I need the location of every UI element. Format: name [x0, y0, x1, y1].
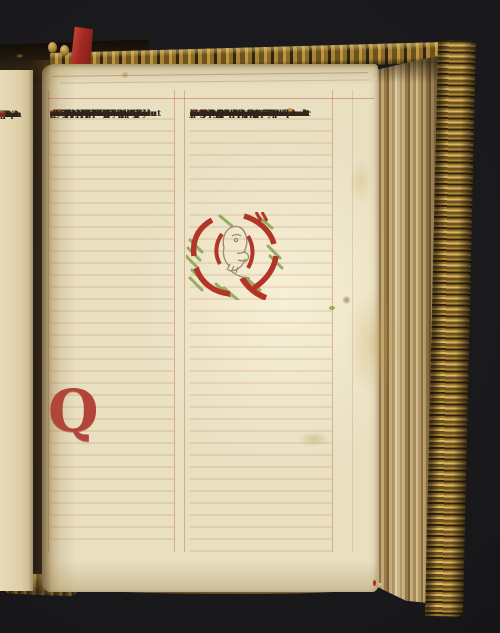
- text-column-right: mesurer et partiren 12 parties et prende…: [190, 108, 332, 552]
- decorated-initial-row: uveultmesurerplanouhault: [190, 108, 286, 192]
- manuscript-photo: versuribtbletenodreleseere qquest lanees…: [0, 0, 500, 633]
- headband-knob-icon: [48, 42, 57, 53]
- text-segment: de la chose qui veul: [50, 108, 141, 120]
- top-ruling-line: [48, 98, 374, 99]
- parchment-stain: [344, 150, 378, 214]
- parchment-stain: [336, 268, 412, 418]
- text-column-left: ¶ Il hault va il de mesure de son piedz …: [50, 108, 174, 540]
- vertical-ruling-line: [184, 90, 185, 552]
- vertical-ruling-line: [332, 90, 333, 552]
- vertical-ruling-line: [174, 90, 175, 552]
- red-fleck: [373, 580, 376, 586]
- text-segment: Je dis que toutes les: [190, 108, 283, 120]
- red-strapwork: [194, 212, 276, 298]
- rubricated-numeral: 8: [0, 108, 6, 120]
- red-lombardic-initial-q: Q: [48, 384, 106, 448]
- parchment-stain: [342, 296, 351, 304]
- headband-knob-icon: [60, 45, 69, 56]
- parchment-stain: [120, 72, 130, 78]
- sketched-face: [223, 226, 250, 278]
- decorated-initial-q: [186, 212, 286, 300]
